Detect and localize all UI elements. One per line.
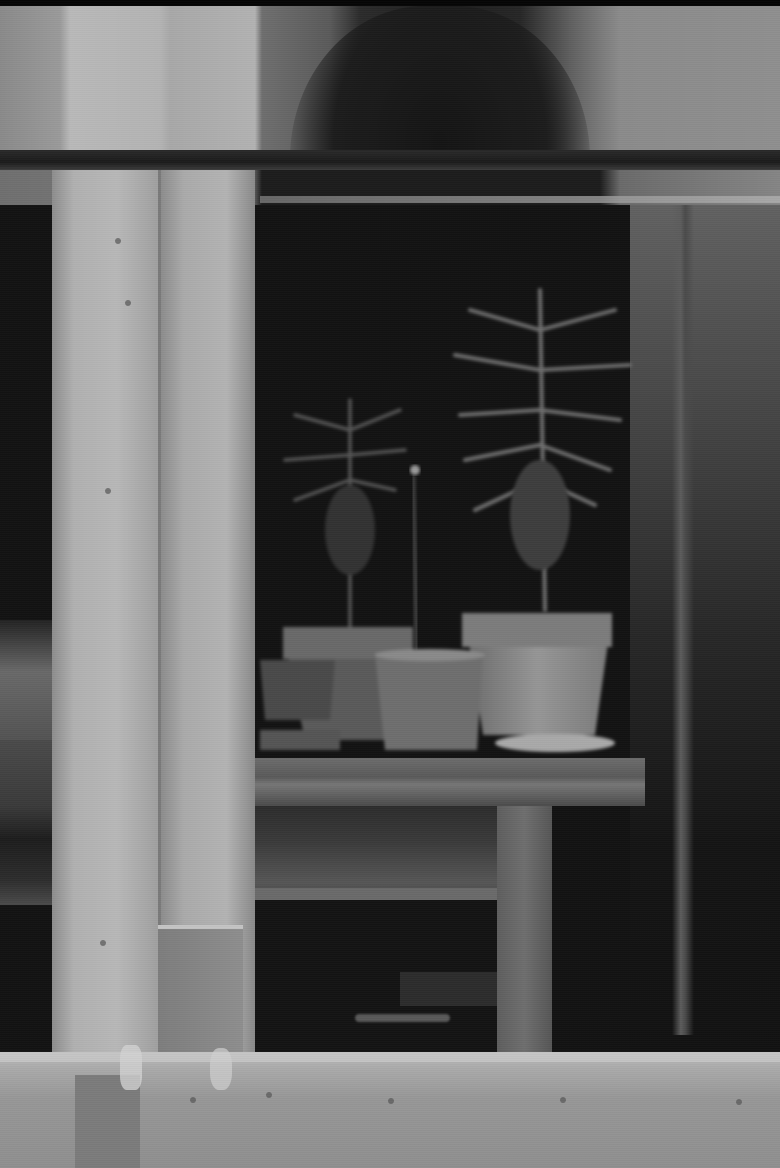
table-rail [255,888,503,900]
nail-hole [105,488,111,494]
window-photograph [0,0,780,1168]
sill-nail-hole [560,1097,566,1103]
under-table-board [400,972,500,1006]
sill-nail-hole [388,1098,394,1104]
sill-nail-hole [736,1099,742,1105]
sill-nail-hole [266,1092,272,1098]
nail-hole [115,238,121,244]
window-post-left [52,170,160,1060]
transom-bar [0,150,780,170]
nail-hole [125,300,131,306]
table-leg [497,806,552,1056]
left-pane-table [0,740,52,905]
table-apron [255,806,503,896]
right-mullion [672,205,694,1035]
potted-plants [255,270,655,770]
left-pane-pot [0,620,52,750]
paint-flake [210,1048,232,1090]
sill-nail-hole [190,1097,196,1103]
table-top [255,758,645,806]
sill-edge [0,1052,780,1062]
terracotta-pots [260,613,615,752]
post-base-block [158,925,243,1064]
nail-hole [100,940,106,946]
under-table-glint [355,1014,450,1022]
transom-glint [260,196,780,203]
paint-flake [120,1045,142,1090]
